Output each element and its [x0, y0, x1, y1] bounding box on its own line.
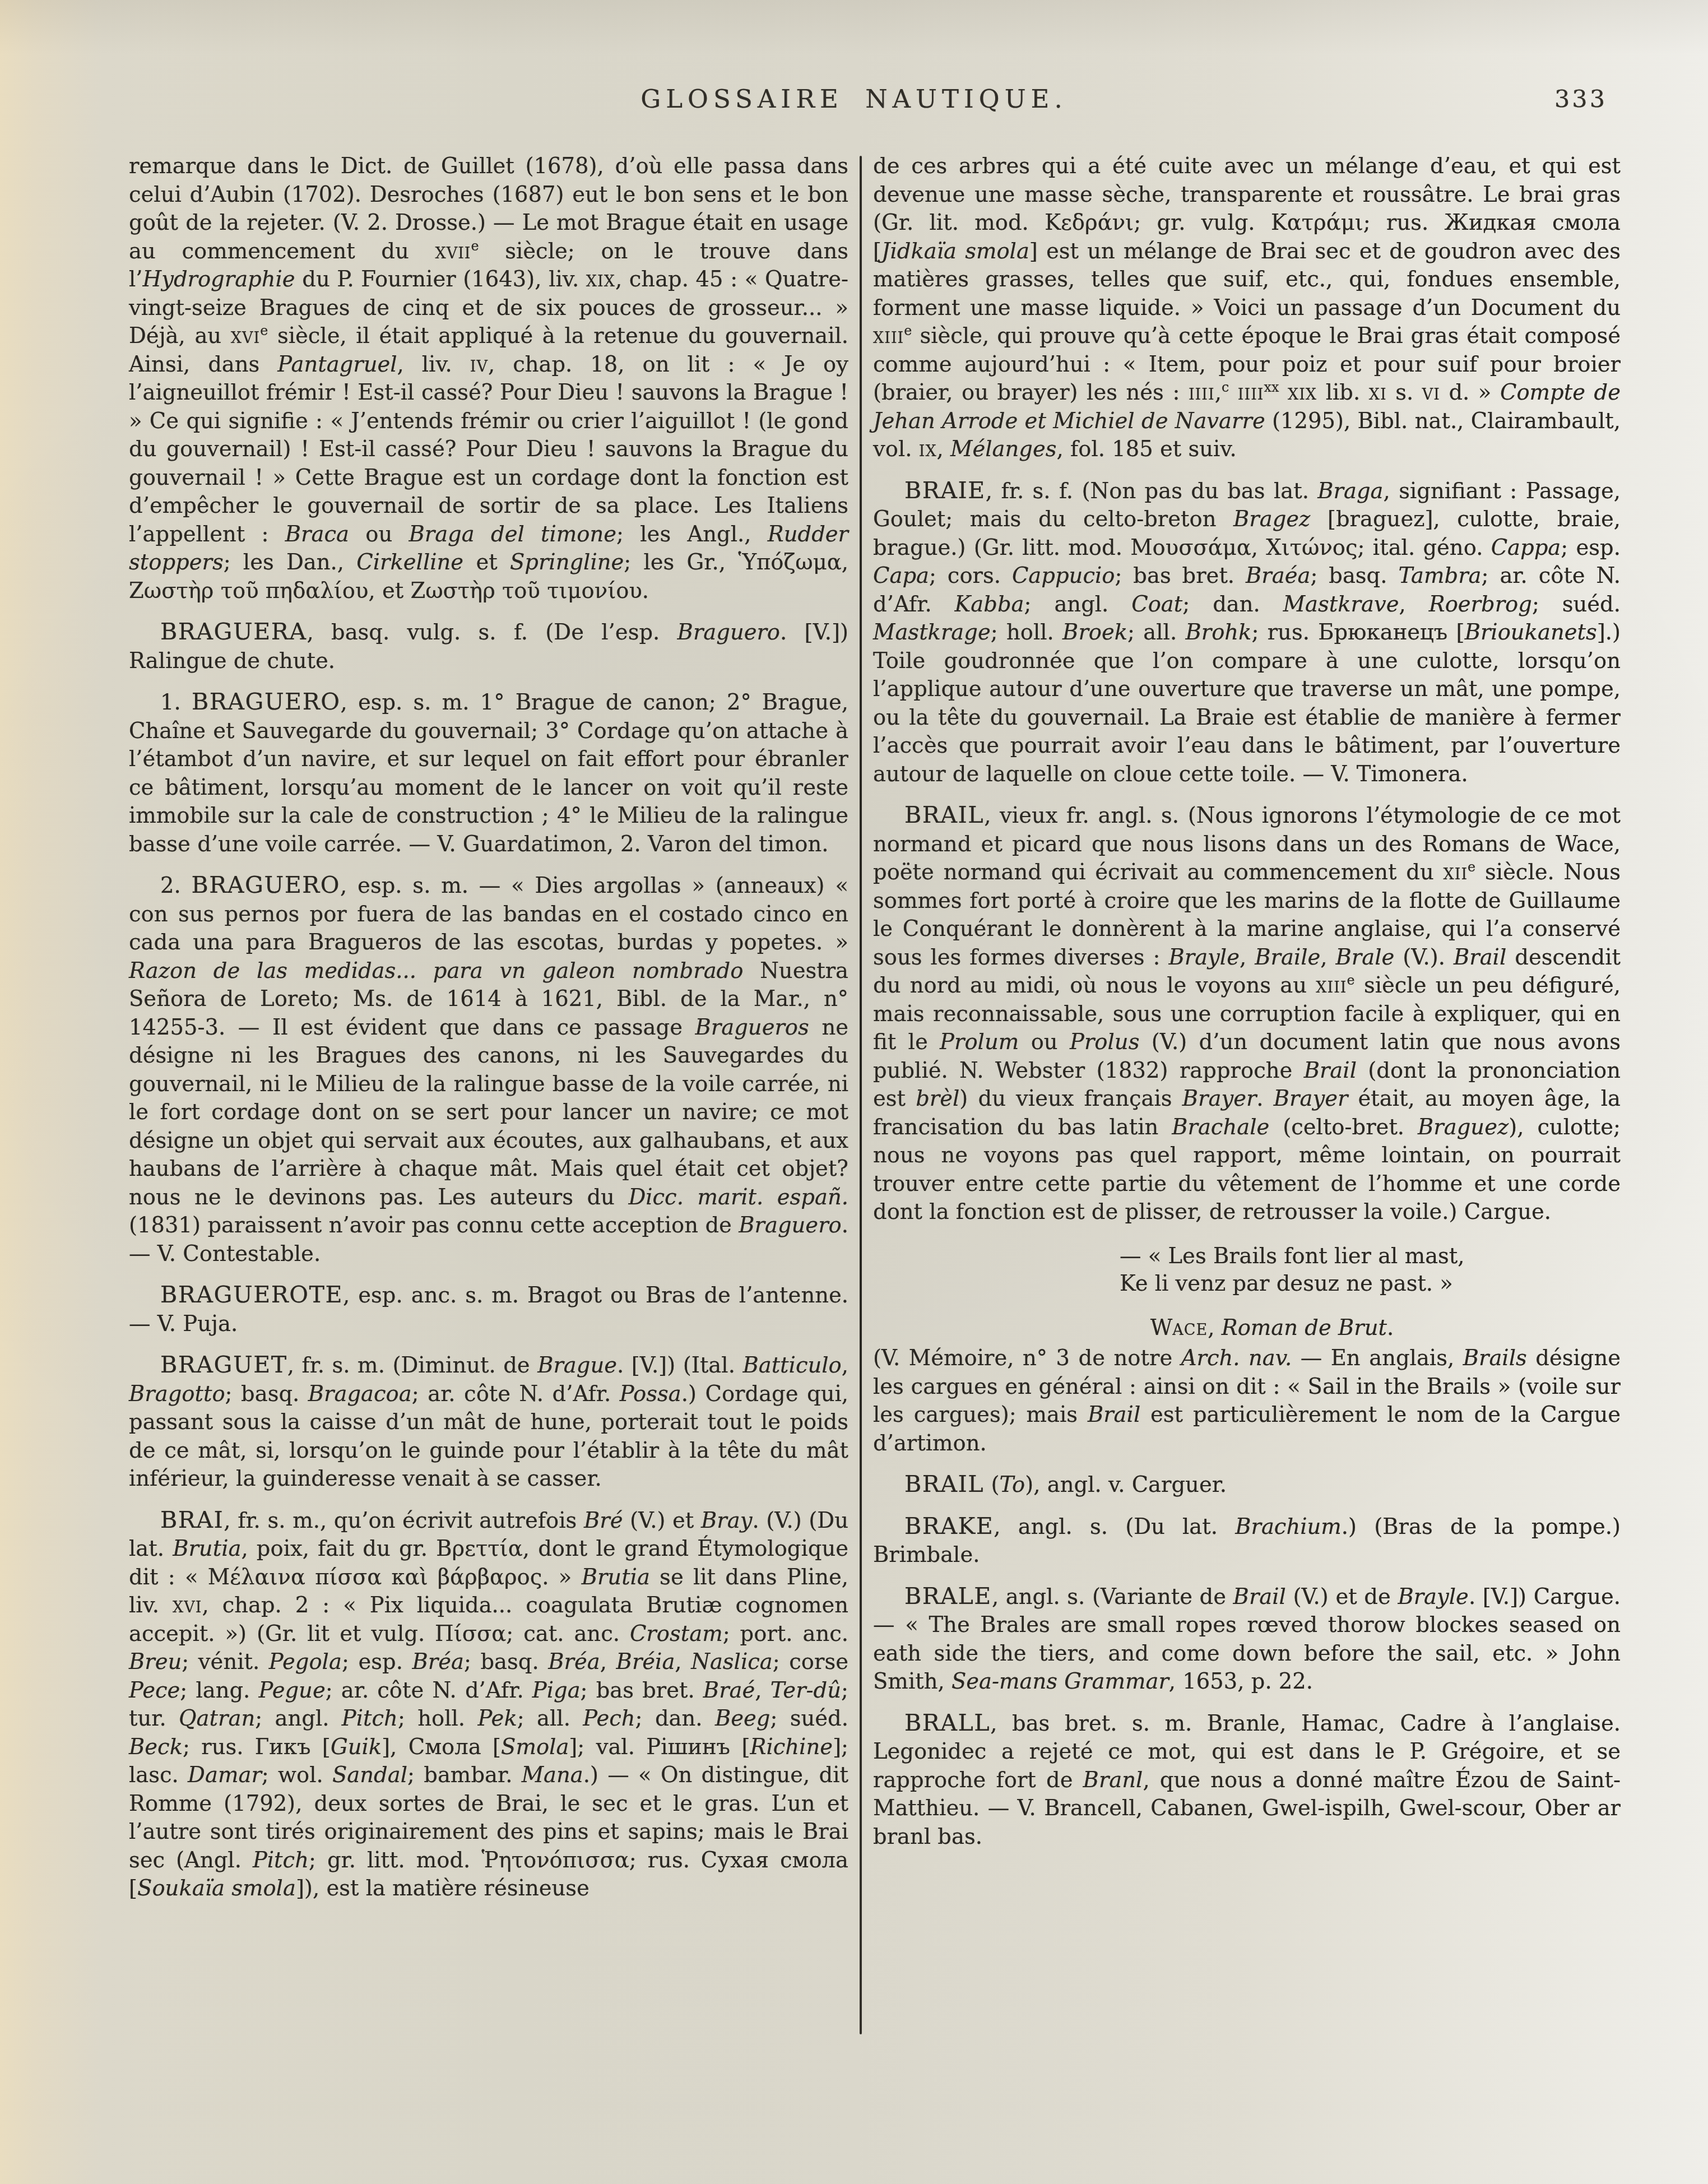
text-segment: , chap. 18, on lit : « Je oy l’aigneuill…	[129, 352, 848, 547]
text-segment: et	[463, 550, 510, 575]
text-segment: ; les Angl.,	[616, 522, 768, 547]
text-segment: BRALL	[904, 1709, 990, 1736]
paragraph-attribution: Wace, Roman de Brut.	[873, 1314, 1621, 1343]
text-segment: Mélanges	[950, 437, 1056, 462]
text-segment: ; angl.	[1024, 592, 1132, 617]
text-segment: Hydrographie	[143, 267, 295, 292]
text-segment: ix	[919, 437, 937, 462]
text-segment: Cappa	[1491, 535, 1561, 560]
text-segment: ,	[937, 437, 950, 462]
text-segment: Braile	[1255, 945, 1320, 970]
text-segment: Naslica	[691, 1649, 773, 1675]
text-segment: BRAIL	[904, 1471, 984, 1497]
text-segment: Brohk	[1185, 620, 1251, 645]
text-segment: xvii	[435, 239, 471, 264]
text-segment: Soukaïa smola	[137, 1876, 296, 1901]
text-segment: Brale	[1336, 945, 1395, 970]
text-segment: ,	[675, 1649, 691, 1675]
text-segment: Roman de Brut	[1222, 1315, 1387, 1341]
text-segment: BRAGUERA	[160, 618, 307, 645]
text-segment: Sandal	[332, 1763, 407, 1788]
text-segment: Possa	[620, 1381, 681, 1407]
text-columns: remarque dans le Dict. de Guillet (1678)…	[129, 152, 1621, 2034]
text-segment: Brail	[1304, 1058, 1357, 1083]
text-segment: ; basq.	[225, 1381, 308, 1407]
text-segment: Kabba	[955, 592, 1024, 617]
text-segment: xvi	[231, 323, 260, 349]
text-segment: Dicc. marit. españ.	[628, 1185, 848, 1210]
text-segment: ,	[842, 1353, 848, 1378]
text-segment: Bragez	[1233, 507, 1310, 532]
paragraph-verse: — « Les Brails font lier al mast,Ke li v…	[1120, 1242, 1621, 1297]
text-segment: Richine	[750, 1735, 833, 1760]
text-segment: (celto-bret.	[1269, 1115, 1418, 1140]
text-segment: ,	[600, 1649, 616, 1675]
text-segment: Brioukanets	[1465, 620, 1597, 645]
dictionary-entry: BRALE, angl. s. (Variante de Brail (V.) …	[873, 1582, 1621, 1696]
text-segment: ,	[1240, 945, 1255, 970]
text-segment: Damar	[188, 1763, 262, 1788]
text-segment: Bragueros	[695, 1015, 809, 1040]
text-segment: ; ar. côte N. d’Afr.	[326, 1678, 532, 1703]
text-segment: Broek	[1062, 620, 1127, 645]
text-segment	[1279, 380, 1288, 405]
text-segment: Braé	[703, 1678, 755, 1703]
text-segment: , liv.	[397, 352, 470, 377]
text-segment: xix	[586, 267, 615, 292]
dictionary-entry: 2. BRAGUERO, esp. s. m. — « Dies argolla…	[129, 871, 848, 1268]
text-segment: ; wol.	[262, 1763, 332, 1788]
page-number: 333	[1554, 85, 1607, 113]
text-segment: ; ar. côte N. d’Afr.	[412, 1381, 620, 1407]
column-right: de ces arbres qui a été cuite avec un mé…	[873, 152, 1621, 1851]
text-segment: ; port. anc.	[723, 1621, 848, 1647]
text-segment: Smola	[501, 1735, 569, 1760]
text-segment: ], Смола [	[382, 1735, 501, 1760]
text-segment: Bréa	[412, 1649, 463, 1675]
text-segment: ]), est la matière résineuse	[296, 1876, 590, 1901]
text-segment: Braguez	[1418, 1115, 1509, 1140]
text-segment: (V.).	[1394, 945, 1454, 970]
text-segment: ; basq.	[1310, 563, 1398, 588]
text-segment: Ke li venz par desuz ne past. »	[1120, 1271, 1453, 1296]
text-segment: , fr. s. f. (Non pas du bas lat.	[986, 479, 1317, 504]
text-segment: Pitch	[342, 1706, 398, 1731]
text-segment: — « Les Brails font lier al mast,	[1120, 1244, 1465, 1269]
text-segment: ; dan.	[1182, 592, 1283, 617]
text-segment: xiii	[873, 323, 904, 349]
page-title: GLOSSAIRE NAUTIQUE.	[640, 84, 1067, 114]
text-segment: xix	[1288, 380, 1317, 405]
text-segment: Sea-mans Grammar	[952, 1669, 1169, 1694]
text-segment: Qatran	[179, 1706, 255, 1731]
text-segment: Braéa	[1246, 563, 1310, 588]
text-segment: Brayle	[1398, 1584, 1469, 1610]
text-segment: iiii	[1189, 380, 1215, 405]
text-segment: ; cors.	[929, 563, 1012, 588]
text-segment: Braga	[1317, 479, 1383, 504]
text-segment: .	[1256, 1086, 1273, 1111]
text-segment: d. »	[1440, 380, 1500, 405]
text-segment: ; holl.	[398, 1706, 478, 1731]
text-segment: ne désigne ni les Bragues des canons, ni…	[129, 1015, 848, 1210]
text-segment: ,	[1215, 380, 1222, 405]
dictionary-entry: BRALL, bas bret. s. m. Branle, Hamac, Ca…	[873, 1709, 1621, 1852]
text-segment: .	[1387, 1315, 1394, 1341]
text-segment: ,	[1399, 592, 1429, 617]
text-segment: ; les Dan.,	[224, 550, 357, 575]
text-segment: Cirkelline	[356, 550, 463, 575]
text-segment: iv	[470, 352, 488, 377]
text-segment: s.	[1387, 380, 1422, 405]
text-segment: ; bas bret.	[581, 1678, 703, 1703]
text-segment: — En anglais,	[1292, 1346, 1463, 1371]
text-segment: Beeg	[715, 1706, 771, 1731]
text-segment: BRAIL	[904, 801, 984, 828]
paragraph-continuation: (V. Mémoire, n° 3 de notre Arch. nav. — …	[873, 1344, 1621, 1458]
text-segment: xx	[1264, 379, 1279, 395]
text-segment: Prolus	[1070, 1030, 1139, 1055]
paragraph-continuation: remarque dans le Dict. de Guillet (1678)…	[129, 152, 848, 605]
text-segment: xi	[1369, 380, 1387, 405]
text-segment: e	[1468, 859, 1475, 875]
text-segment: ,	[1208, 1315, 1221, 1341]
text-segment: BRAGUET	[160, 1351, 287, 1378]
text-segment: Roerbrog	[1429, 592, 1532, 617]
text-segment: e	[260, 323, 268, 339]
text-segment: Brail	[1088, 1402, 1140, 1427]
text-segment: e	[471, 238, 479, 254]
text-segment: ; lang.	[180, 1678, 258, 1703]
text-segment: , basq. vulg. s. f. (De l’esp.	[307, 620, 677, 645]
text-segment: Breu	[129, 1649, 182, 1675]
text-segment: ; angl.	[255, 1706, 342, 1731]
text-segment: Pegue	[258, 1678, 325, 1703]
text-segment: (1831) paraissent n’avoir pas connu cett…	[129, 1213, 739, 1238]
text-segment: BRAKE	[904, 1513, 994, 1540]
text-segment: Brails	[1463, 1346, 1527, 1371]
text-segment: , fr. s. m., qu’on écrivit autrefois	[224, 1508, 584, 1533]
text-segment: Razon de las medidas... para vn galeon n…	[129, 958, 743, 984]
text-segment: Pek	[477, 1706, 517, 1731]
dictionary-entry: BRAGUEROTE, esp. anc. s. m. Bragot ou Br…	[129, 1281, 848, 1338]
text-segment: , fol. 185 et suiv.	[1057, 437, 1237, 462]
text-segment: BRAGUERO	[192, 688, 340, 715]
text-segment: brèl	[916, 1086, 959, 1111]
text-segment: (V. Mémoire, n° 3 de notre	[873, 1346, 1181, 1371]
dictionary-entry: 1. BRAGUERO, esp. s. m. 1° Brague de can…	[129, 688, 848, 859]
text-segment: Bréa	[548, 1649, 600, 1675]
text-segment: ; bambar.	[407, 1763, 522, 1788]
text-segment: Mastkrage	[873, 620, 991, 645]
column-divider-rule	[860, 156, 862, 2034]
text-segment: Mana	[522, 1763, 583, 1788]
text-segment: ) du vieux français	[959, 1086, 1182, 1111]
text-segment: e	[1347, 972, 1355, 988]
text-segment: Piga	[532, 1678, 581, 1703]
dictionary-entry: BRAIL, vieux fr. angl. s. (Nous ignorons…	[873, 801, 1621, 1227]
text-segment: ), angl. v. Carguer.	[1025, 1472, 1227, 1497]
text-segment: BRAGUEROTE	[160, 1281, 343, 1308]
text-segment: ; suéd.	[770, 1706, 848, 1731]
text-segment: Brayle	[1168, 945, 1240, 970]
text-segment: Capa	[873, 563, 929, 588]
text-segment: BRAIE	[904, 477, 986, 504]
text-segment: Branl	[1083, 1768, 1143, 1793]
text-segment: ; suéd.	[1532, 592, 1621, 617]
text-segment: ,	[755, 1678, 770, 1703]
text-segment: vi	[1422, 380, 1440, 405]
text-segment: 2.	[160, 873, 192, 898]
text-segment: BRAI	[160, 1506, 224, 1533]
text-segment: ; esp.	[342, 1649, 412, 1675]
text-segment: Brachale	[1172, 1115, 1269, 1140]
text-segment: Coat	[1131, 592, 1182, 617]
text-segment	[1229, 380, 1238, 405]
text-segment: Braguero	[739, 1213, 841, 1238]
text-segment: Brail	[1233, 1584, 1286, 1610]
text-segment: ace	[1172, 1315, 1208, 1341]
text-segment: Springline	[510, 550, 624, 575]
text-segment: ; rus. Гикъ [	[183, 1735, 331, 1760]
text-segment: ; bas bret.	[1115, 563, 1246, 588]
text-segment: ou	[349, 522, 409, 547]
text-segment: (V.) et	[623, 1508, 701, 1533]
text-segment: Arch. nav.	[1181, 1346, 1292, 1371]
text-segment: du P. Fournier (1643), liv.	[295, 267, 586, 292]
text-segment: (	[984, 1472, 999, 1497]
text-segment: BRAGUERO	[192, 871, 340, 898]
text-segment: xvi	[173, 1593, 202, 1618]
dictionary-entry: BRAGUET, fr. s. m. (Diminut. de Brague. …	[129, 1351, 848, 1494]
column-left: remarque dans le Dict. de Guillet (1678)…	[129, 152, 848, 1903]
text-segment: Brutia	[173, 1536, 241, 1561]
text-segment: Ter-dû	[771, 1678, 841, 1703]
text-segment: ; holl.	[991, 620, 1062, 645]
text-segment: lib.	[1317, 380, 1369, 405]
dictionary-entry: BRAGUERA, basq. vulg. s. f. (De l’esp. B…	[129, 618, 848, 675]
text-segment: ; esp.	[1561, 535, 1621, 560]
text-segment: c	[1222, 379, 1229, 395]
paragraph-continuation: de ces arbres qui a été cuite avec un mé…	[873, 152, 1621, 464]
dictionary-entry: BRAI, fr. s. m., qu’on écrivit autrefois…	[129, 1506, 848, 1903]
text-segment: ; basq.	[464, 1649, 548, 1675]
text-segment: , 1653, p. 22.	[1169, 1669, 1313, 1694]
text-segment: xii	[1444, 860, 1468, 885]
text-segment: Crostam	[630, 1621, 723, 1647]
text-segment: Brayer	[1274, 1086, 1348, 1111]
text-segment: Batticulo	[742, 1353, 841, 1378]
text-segment: Cappucio	[1012, 563, 1115, 588]
text-segment: Mastkrave	[1283, 592, 1399, 617]
text-segment: 1.	[160, 690, 192, 715]
text-segment: Pegola	[269, 1649, 342, 1675]
dictionary-entry: BRAIE, fr. s. f. (Non pas du bas lat. Br…	[873, 476, 1621, 789]
text-segment: Brayer	[1182, 1086, 1257, 1111]
text-segment: Tambra	[1398, 563, 1481, 588]
text-segment: Prolum	[940, 1030, 1019, 1055]
text-segment: ]; val. Рішинъ [	[569, 1735, 750, 1760]
text-segment: Braguero	[677, 620, 780, 645]
text-segment: Pantagruel	[277, 352, 397, 377]
text-segment: To	[999, 1472, 1025, 1497]
text-segment: Jidkaïa smola	[881, 239, 1029, 264]
text-segment: ; dan.	[635, 1706, 715, 1731]
text-segment: Bré	[584, 1508, 623, 1533]
text-segment: Pitch	[253, 1848, 309, 1873]
text-segment: , fr. s. m. (Diminut. de	[287, 1353, 537, 1378]
text-segment: xiii	[1316, 973, 1347, 998]
text-segment: (V.) et de	[1286, 1584, 1398, 1610]
text-segment: ; vénit.	[182, 1649, 269, 1675]
text-segment: Bray	[701, 1508, 752, 1533]
text-segment: Brutia	[582, 1565, 650, 1590]
text-segment: Pech	[583, 1706, 635, 1731]
text-segment: ou	[1019, 1030, 1070, 1055]
text-segment: ; corse	[773, 1649, 848, 1675]
text-segment: W	[1150, 1315, 1173, 1341]
text-segment: ; rus. Брюканецъ [	[1251, 620, 1464, 645]
text-segment: Brail	[1454, 945, 1506, 970]
dictionary-entry: BRAIL (To), angl. v. Carguer.	[873, 1470, 1621, 1500]
text-segment: e	[904, 323, 912, 339]
text-segment: , angl. s. (Variante de	[992, 1584, 1233, 1610]
text-segment: , angl. s. (Du lat.	[994, 1514, 1235, 1540]
text-segment: Bragacoa	[308, 1381, 412, 1407]
text-segment: ; all.	[517, 1706, 583, 1731]
scanned-book-page: GLOSSAIRE NAUTIQUE. 333 remarque dans le…	[0, 0, 1708, 2184]
text-segment: Beck	[129, 1735, 183, 1760]
text-segment: Guik	[331, 1735, 382, 1760]
text-segment: Braga del timone	[409, 522, 616, 547]
text-segment: Bréia	[616, 1649, 675, 1675]
text-segment: Pece	[129, 1678, 180, 1703]
text-segment: ; all.	[1127, 620, 1185, 645]
text-segment: Brague	[537, 1353, 617, 1378]
text-segment: ,	[1320, 945, 1335, 970]
text-segment: iiii	[1238, 380, 1264, 405]
text-segment: Brachium	[1235, 1514, 1342, 1540]
text-segment: BRALE	[904, 1583, 992, 1610]
text-segment: . [V.]) (Ital.	[617, 1353, 742, 1378]
text-segment: Braca	[285, 522, 349, 547]
dictionary-entry: BRAKE, angl. s. (Du lat. Brachium.) (Bra…	[873, 1512, 1621, 1570]
text-segment: Bragotto	[129, 1381, 225, 1407]
